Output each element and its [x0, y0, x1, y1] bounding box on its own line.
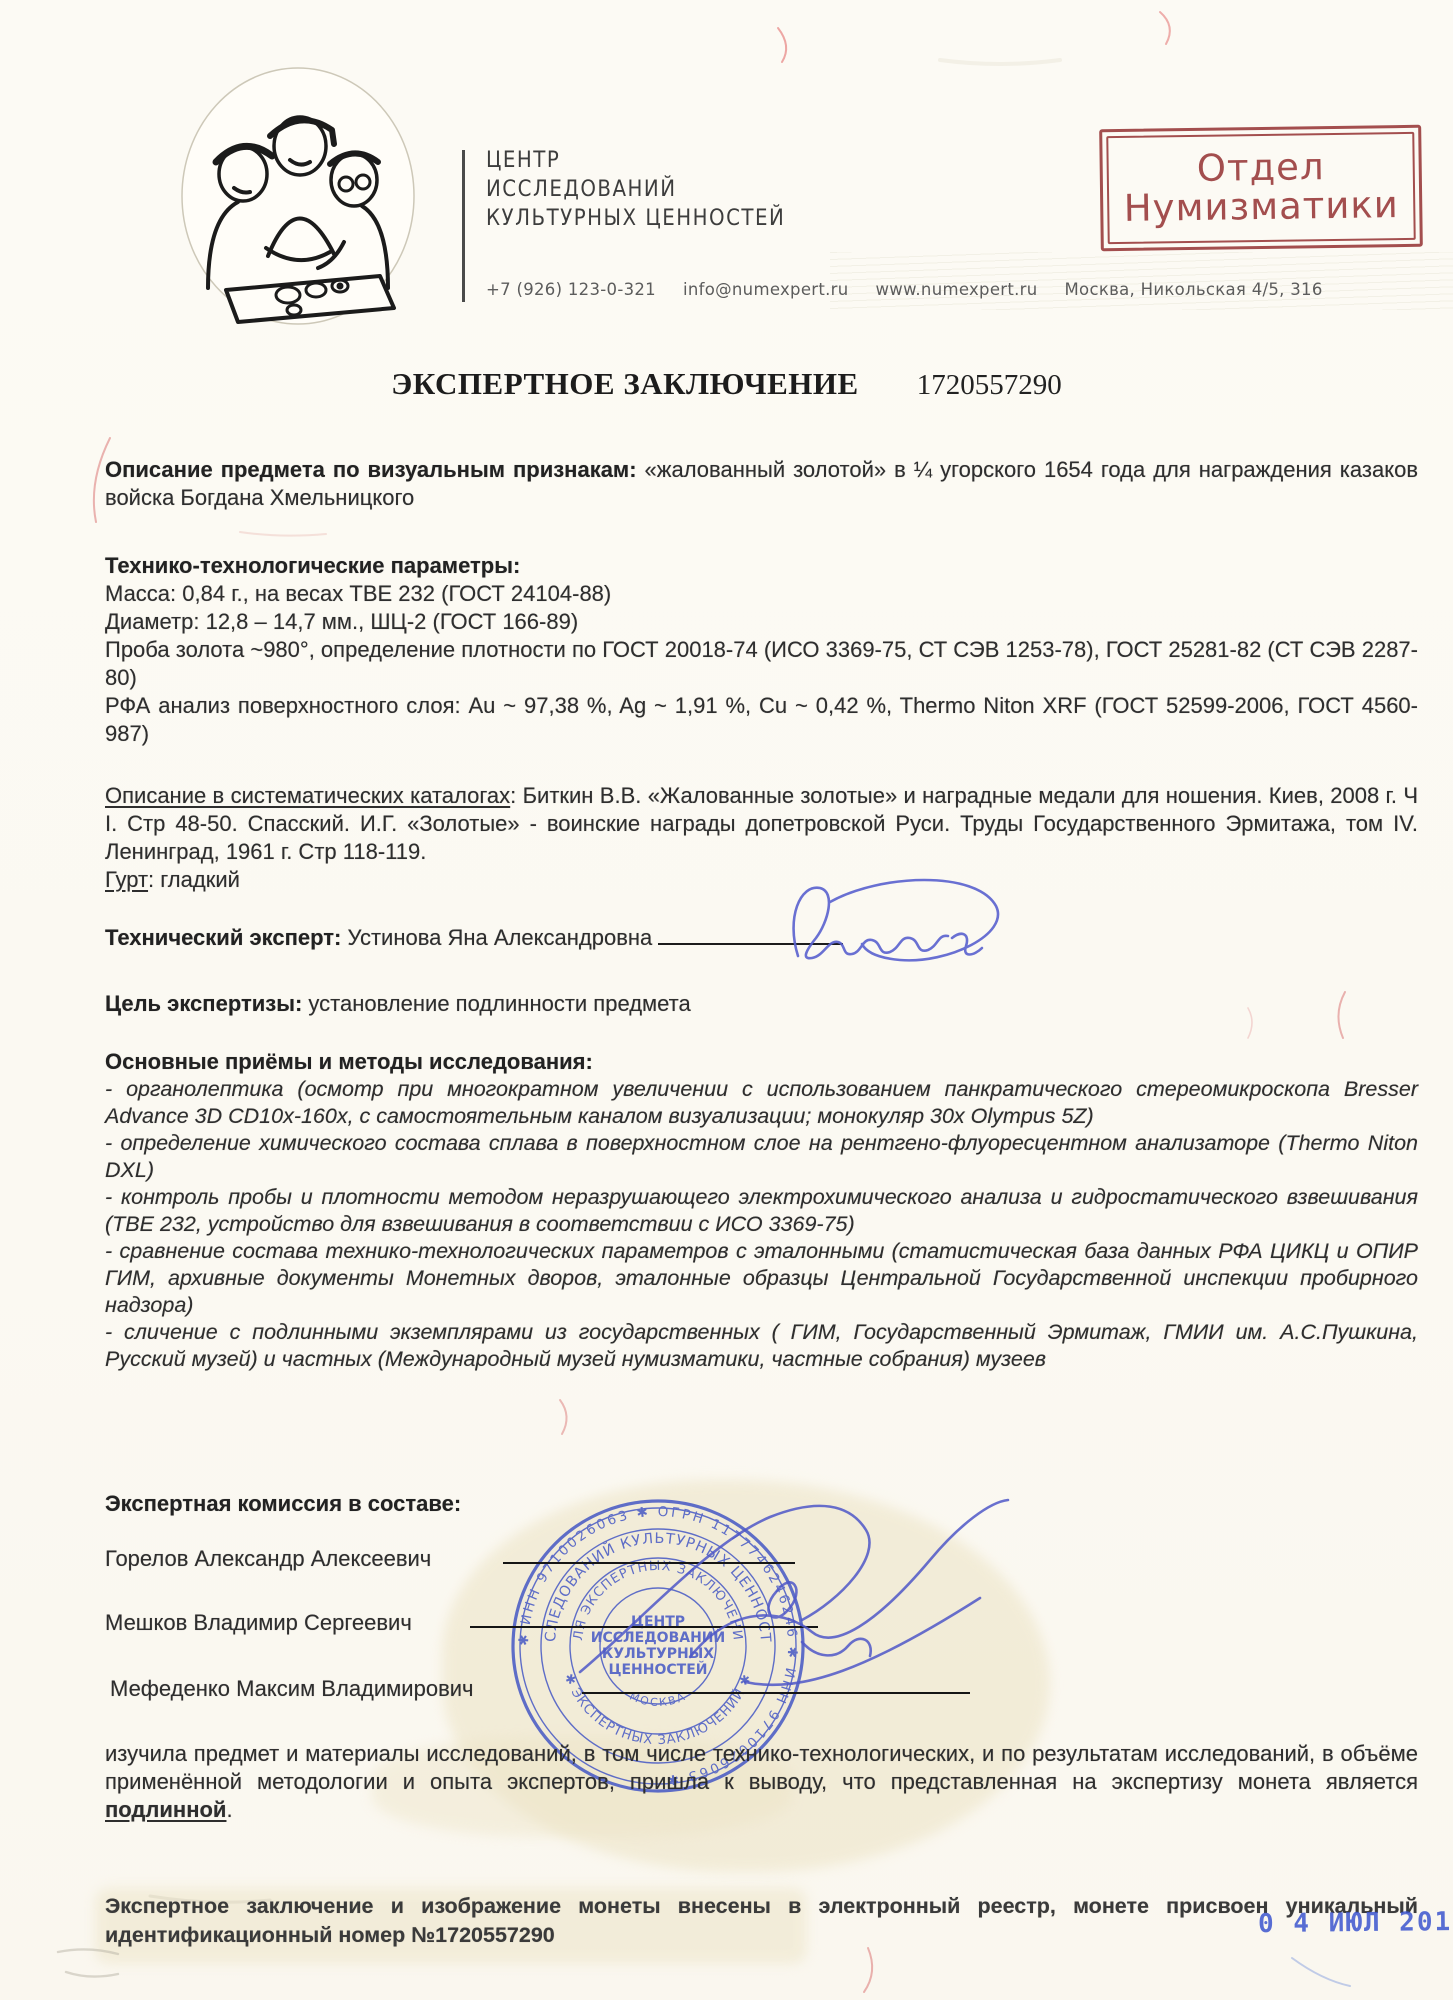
section-goal: Цель экспертизы: установление подлинност…	[105, 990, 1418, 1018]
member-signature-line	[503, 1560, 795, 1564]
member-signature-line	[470, 1624, 818, 1628]
org-name-line1: ЦЕНТР	[486, 146, 785, 175]
catalogs-label: Описание в систематических каталогах	[105, 783, 510, 808]
seal-center-line3: КУЛЬТУРНЫХ	[602, 1646, 714, 1662]
method-item-organoleptic: - органолептика (осмотр при многократном…	[105, 1076, 1418, 1130]
email-address: info@numexpert.ru	[683, 280, 849, 299]
org-name-line2: ИССЛЕДОВАНИЙ	[486, 175, 785, 204]
goal-text: установление подлинности предмета	[302, 991, 690, 1016]
section-commission-heading: Экспертная комиссия в составе:	[105, 1490, 1418, 1518]
commission-heading: Экспертная комиссия в составе:	[105, 1491, 461, 1516]
org-name-line3: КУЛЬТУРНЫХ ЦЕННОСТЕЙ	[486, 204, 785, 233]
tech-line-diameter: Диаметр: 12,8 – 14,7 мм., ШЦ-2 (ГОСТ 166…	[105, 608, 1418, 636]
org-logo-numismatists-drawing	[148, 56, 448, 336]
method-item-density: - контроль пробы и плотности методом нер…	[105, 1184, 1418, 1238]
document-number: 1720557290	[917, 369, 1062, 402]
commission-member-row: Горелов Александр Алексеевич	[105, 1546, 795, 1572]
section-description: Описание предмета по визуальным признака…	[105, 456, 1418, 512]
expert-label: Технический эксперт:	[105, 925, 341, 950]
member-signature-line	[582, 1690, 970, 1694]
date-stamp: 0 4 ИЮЛ 2018	[1258, 1907, 1453, 1939]
section-tech-params: Технико-технологические параметры: Масса…	[105, 552, 1418, 748]
section-registry: Экспертное заключение и изображение моне…	[105, 1892, 1418, 1950]
dept-stamp-line2: Нумизматики	[1124, 186, 1399, 229]
commission-member-row: Мефеденко Максим Владимирович	[110, 1676, 970, 1702]
postal-address: Москва, Никольская 4/5, 316	[1065, 280, 1323, 299]
conclusion-verdict: подлинной	[105, 1797, 226, 1822]
section-expert: Технический эксперт: Устинова Яна Алекса…	[105, 924, 1418, 952]
phone-number: +7 (926) 123-0-321	[486, 280, 656, 299]
title-row: ЭКСПЕРТНОЕ ЗАКЛЮЧЕНИЕ 1720557290	[0, 366, 1453, 402]
conclusion-text: изучила предмет и материалы исследований…	[105, 1741, 1418, 1794]
document-title: ЭКСПЕРТНОЕ ЗАКЛЮЧЕНИЕ	[391, 366, 858, 402]
tech-line-xrf: РФА анализ поверхностного слоя: Au ~ 97,…	[105, 692, 1418, 748]
website-url: www.numexpert.ru	[876, 280, 1038, 299]
numismatics-department-stamp-inner: Отдел Нумизматики	[1106, 132, 1415, 244]
member-name-gorelov: Горелов Александр Алексеевич	[105, 1546, 431, 1571]
member-name-mefedenko: Мефеденко Максим Владимирович	[110, 1676, 474, 1701]
method-item-comparison: - сравнение состава технико-технологичес…	[105, 1238, 1418, 1319]
methods-heading: Основные приёмы и методы исследования:	[105, 1049, 593, 1074]
dept-stamp-line1: Отдел	[1197, 148, 1325, 189]
goal-label: Цель экспертизы:	[105, 991, 302, 1016]
tech-heading: Технико-технологические параметры:	[105, 553, 520, 578]
tech-line-mass: Масса: 0,84 г., на весах ТВЕ 232 (ГОСТ 2…	[105, 580, 1418, 608]
org-name: ЦЕНТР ИССЛЕДОВАНИЙ КУЛЬТУРНЫХ ЦЕННОСТЕЙ	[486, 146, 785, 233]
section-conclusion: изучила предмет и материалы исследований…	[105, 1740, 1418, 1824]
conclusion-period: .	[226, 1797, 232, 1822]
section-methods: Основные приёмы и методы исследования: -…	[105, 1048, 1418, 1373]
expert-report-page: ЦЕНТР ИССЛЕДОВАНИЙ КУЛЬТУРНЫХ ЦЕННОСТЕЙ …	[0, 0, 1453, 2000]
commission-member-row: Мешков Владимир Сергеевич	[105, 1610, 818, 1636]
gurt-text: : гладкий	[148, 867, 240, 892]
expert-name: Устинова Яна Александровна	[341, 925, 658, 950]
gurt-label: Гурт	[105, 867, 148, 892]
method-item-collation: - сличение с подлинными экземплярами из …	[105, 1319, 1418, 1373]
description-label: Описание предмета по визуальным признака…	[105, 457, 637, 482]
section-catalogs: Описание в систематических каталогах: Би…	[105, 782, 1418, 894]
expert-signature-line	[658, 942, 843, 945]
member-name-meshkov: Мешков Владимир Сергеевич	[105, 1610, 412, 1635]
method-item-xrf: - определение химического состава сплава…	[105, 1130, 1418, 1184]
registry-text: Экспертное заключение и изображение моне…	[105, 1892, 1418, 1950]
header-divider	[462, 150, 465, 302]
tech-line-assay: Проба золота ~980°, определение плотност…	[105, 636, 1418, 692]
numismatics-department-stamp: Отдел Нумизматики	[1099, 125, 1423, 251]
contact-row: +7 (926) 123-0-321 info@numexpert.ru www…	[486, 280, 1323, 299]
